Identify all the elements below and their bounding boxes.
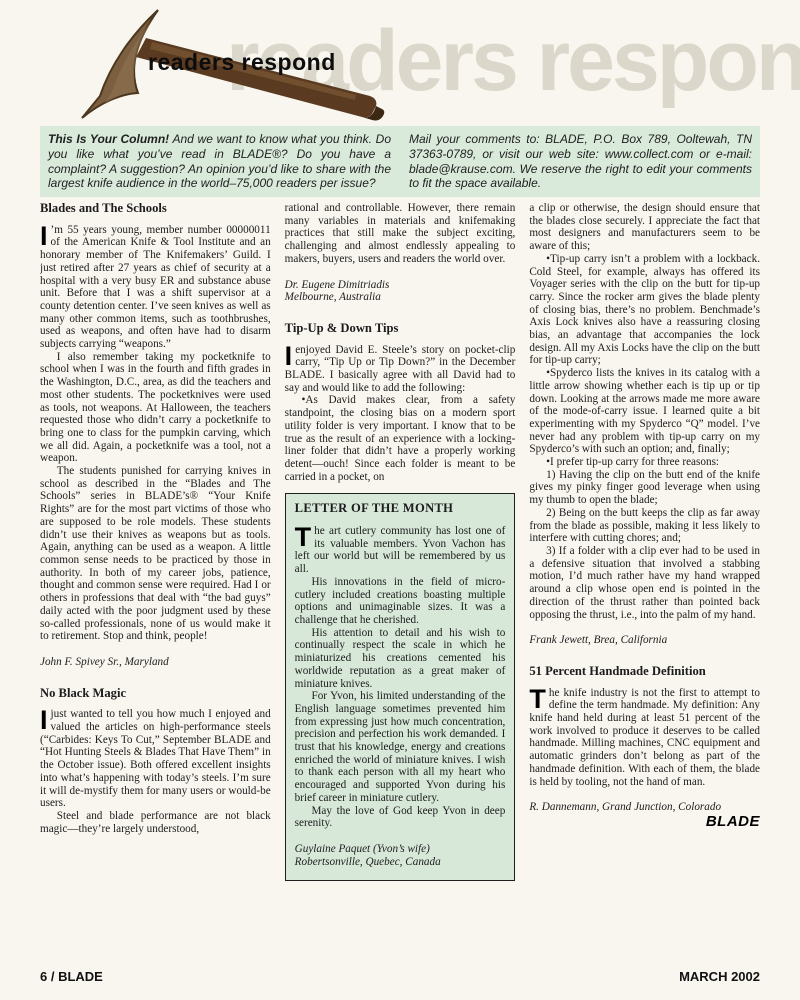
paragraph: I’m 55 years young, member number 000000… (40, 224, 271, 351)
intro-lead: This Is Your Column! (48, 132, 169, 146)
page-footer: 6 / BLADE MARCH 2002 (40, 969, 760, 984)
paragraph: For Yvon, his limited understanding of t… (295, 690, 506, 804)
heading-handmade: 51 Percent Handmade Definition (529, 665, 760, 678)
article-columns: Blades and The Schools I’m 55 years youn… (40, 202, 760, 956)
issue-date: MARCH 2002 (679, 969, 760, 984)
paragraph: rational and controllable. However, ther… (285, 202, 516, 266)
paragraph: •As David makes clear, from a safety sta… (285, 394, 516, 483)
letter-of-the-month-heading: LETTER OF THE MONTH (295, 502, 506, 515)
paragraph: I just wanted to tell you how much I enj… (40, 708, 271, 810)
paragraph: I also remember taking my pocketknife to… (40, 351, 271, 465)
paragraph: I enjoyed David E. Steele’s story on poc… (285, 344, 516, 395)
paragraph: His innovations in the field of micro-cu… (295, 576, 506, 627)
intro-right-text: Mail your comments to: BLADE, P.O. Box 7… (409, 132, 752, 191)
signature-spivey: John F. Spivey Sr., Maryland (40, 656, 271, 669)
paragraph: His attention to detail and his wish to … (295, 627, 506, 691)
drop-cap: I (40, 709, 48, 731)
drop-cap: I (40, 225, 48, 247)
signature-paquet: Guylaine Paquet (Yvon’s wife) Robertsonv… (295, 843, 506, 868)
blade-logo: BLADE (529, 816, 760, 829)
page-title: readers respond (148, 49, 336, 76)
paragraph: •I prefer tip-up carry for three reasons… (529, 456, 760, 469)
signature-dimitriadis: Dr. Eugene Dimitriadis Melbourne, Austra… (285, 279, 516, 304)
heading-blades-schools: Blades and The Schools (40, 202, 271, 215)
drop-cap: T (295, 526, 312, 548)
paragraph: •Spyderco lists the knives in its catalo… (529, 367, 760, 456)
column-1: Blades and The Schools I’m 55 years youn… (40, 202, 271, 956)
drop-cap: I (285, 345, 293, 367)
paragraph: 3) If a folder with a clip ever had to b… (529, 545, 760, 621)
heading-no-black-magic: No Black Magic (40, 687, 271, 700)
intro-left-text: This Is Your Column! And we want to know… (48, 132, 391, 191)
heading-tip-up: Tip-Up & Down Tips (285, 322, 516, 335)
letter-of-the-month-box: LETTER OF THE MONTH The art cutlery comm… (285, 493, 516, 881)
page-number: 6 / BLADE (40, 969, 103, 984)
paragraph: 1) Having the clip on the butt end of th… (529, 469, 760, 507)
paragraph: Steel and blade performance are not blac… (40, 810, 271, 835)
signature-jewett: Frank Jewett, Brea, California (529, 634, 760, 647)
column-3: a clip or otherwise, the design should e… (529, 202, 760, 956)
paragraph: The knife industry is not the first to a… (529, 687, 760, 789)
paragraph: 2) Being on the butt keeps the clip as f… (529, 507, 760, 545)
intro-box: This Is Your Column! And we want to know… (40, 126, 760, 197)
paragraph: May the love of God keep Yvon in deep se… (295, 805, 506, 830)
column-2: rational and controllable. However, ther… (285, 202, 516, 956)
paragraph: The students punished for carrying knive… (40, 465, 271, 643)
paragraph: The art cutlery community has lost one o… (295, 525, 506, 576)
paragraph: •Tip-up carry isn’t a problem with a loc… (529, 253, 760, 367)
paragraph: a clip or otherwise, the design should e… (529, 202, 760, 253)
magazine-page: readers respond readers respond This Is … (0, 0, 800, 1000)
drop-cap: T (529, 688, 546, 710)
